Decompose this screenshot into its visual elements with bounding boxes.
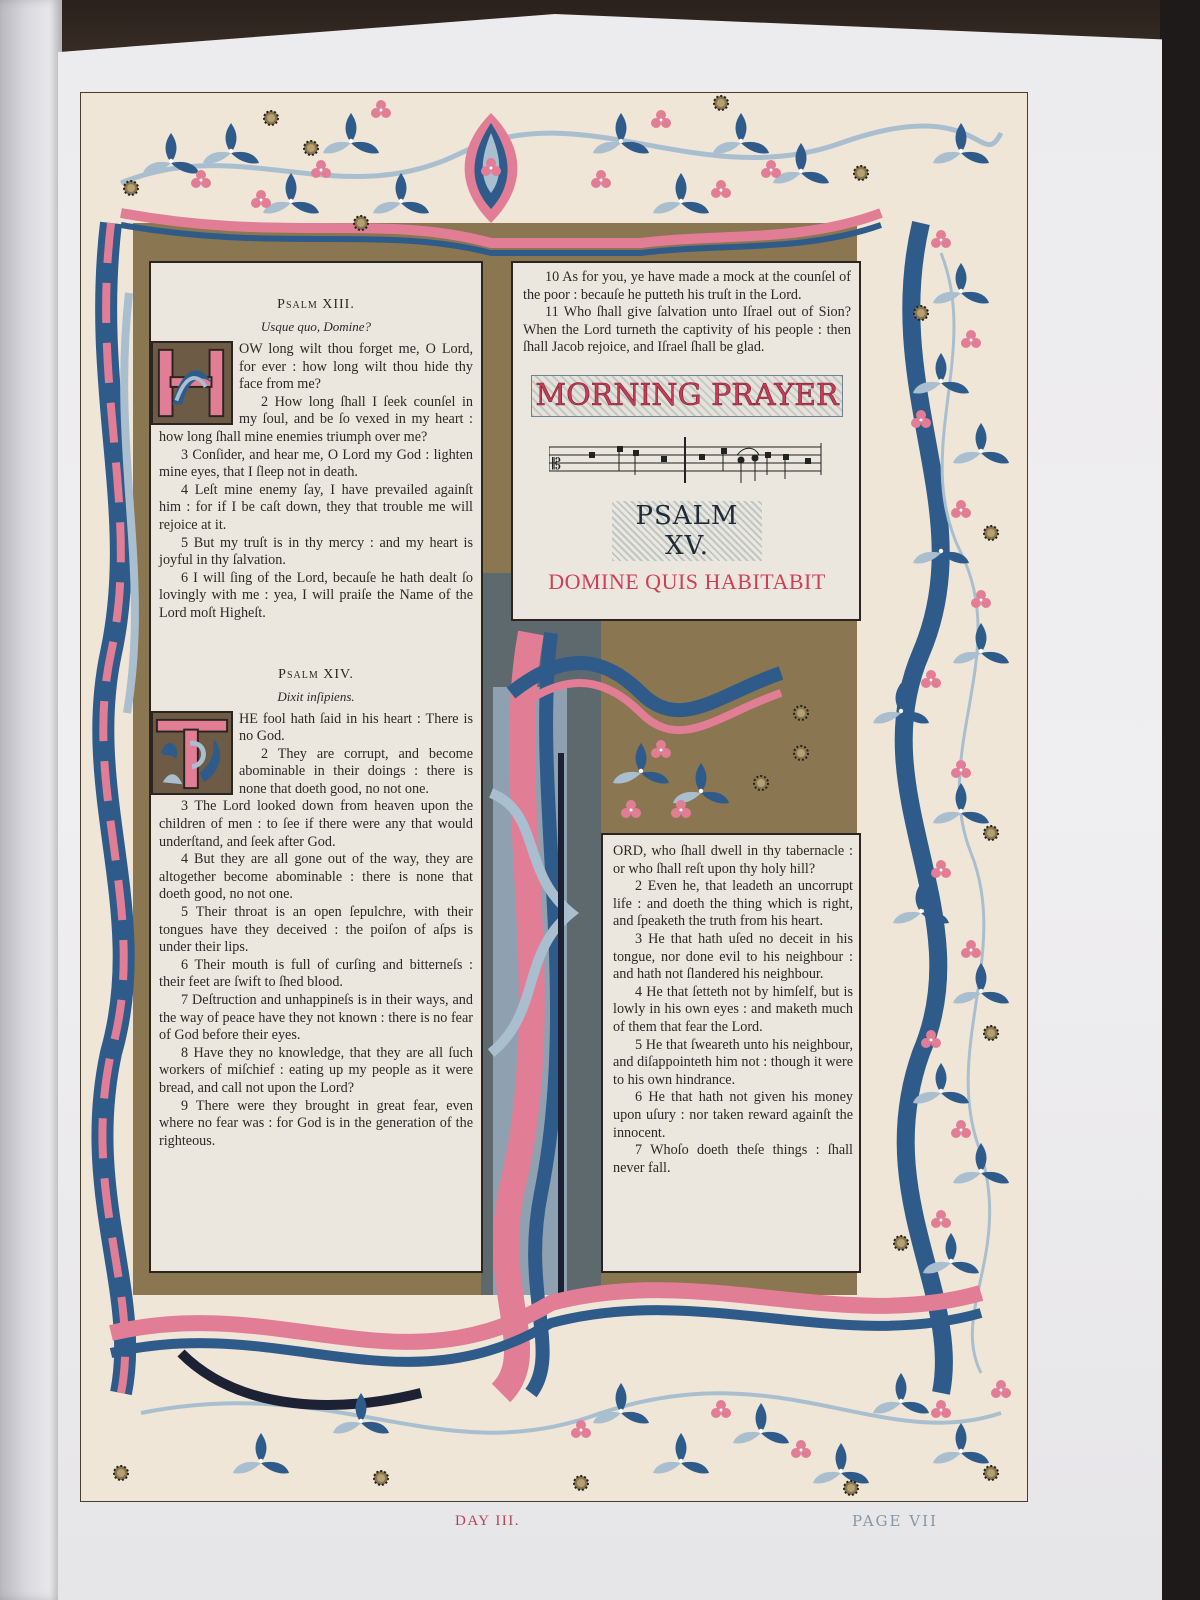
footer-page-number: PAGE VII [852, 1512, 938, 1530]
psalm-13-heading: Psalm XIII. [159, 297, 473, 313]
psalm-13-text: OW long wilt thou forget me, O Lord, for… [159, 341, 473, 623]
verse: 5 But my truſt is in thy mercy : and my … [159, 535, 473, 570]
verse: 3 The Lord looked down from heaven upon … [159, 798, 473, 851]
facing-page-edge [0, 0, 62, 1600]
music-staff-icon: 𝄡 [549, 435, 825, 485]
background-table [1160, 0, 1200, 1600]
footer-day-label: DAY III. [455, 1513, 520, 1530]
illuminated-plate: Psalm XIII. Usque quo, Domine? OW long w… [80, 92, 1028, 1502]
verse: 9 There were they brought in great fear,… [159, 1098, 473, 1151]
psalm-15-subtitle: DOMINE QUIS HABITABIT [523, 569, 851, 595]
verse: 11 Who ſhall give ſalvation unto Iſrael … [523, 304, 851, 357]
psalm-15-heading: PSALM XV. [612, 501, 762, 561]
right-bottom-text-panel: ORD, who ſhall dwell in thy tabernacle :… [601, 833, 861, 1273]
dropcap-t-icon [151, 711, 233, 795]
left-text-column: Psalm XIII. Usque quo, Domine? OW long w… [149, 261, 483, 1273]
psalm-14-text: HE fool hath ſaid in his heart : There i… [159, 711, 473, 1151]
psalm-14-subtitle: Dixit inſipiens. [159, 689, 473, 705]
morning-prayer-banner: MORNING PRAYER [531, 375, 843, 417]
psalm-15-text: ORD, who ſhall dwell in thy tabernacle :… [613, 843, 853, 1177]
chant-notation: 𝄡 [549, 435, 825, 485]
psalm-14-continued: 10 As for you, ye have made a mock at th… [523, 269, 851, 357]
verse: ORD, who ſhall dwell in thy tabernacle :… [613, 843, 853, 878]
svg-text:𝄡: 𝄡 [552, 454, 561, 473]
verse: 2 Even he, that leadeth an uncorrupt lif… [613, 878, 853, 931]
verse: 7 Deſtruction and unhappineſs is in thei… [159, 992, 473, 1045]
verse: 4 He that ſetteth not by himſelf, but is… [613, 984, 853, 1037]
verse: 10 As for you, ye have made a mock at th… [523, 269, 851, 304]
verse: 4 Leſt mine enemy ſay, I have prevailed … [159, 482, 473, 535]
psalm-14-heading: Psalm XIV. [159, 667, 473, 683]
verse: 8 Have they no knowledge, that they are … [159, 1045, 473, 1098]
verse: 6 He that hath not given his money upon … [613, 1089, 853, 1142]
verse: 5 Their throat is an open ſepulchre, wit… [159, 904, 473, 957]
dropcap-h-icon [151, 341, 233, 425]
right-top-text-panel: 10 As for you, ye have made a mock at th… [511, 261, 861, 621]
morning-prayer-title: MORNING PRAYER [535, 378, 838, 413]
verse: 7 Whoſo doeth theſe things : ſhall never… [613, 1142, 853, 1177]
verse: 6 Their mouth is full of curſing and bit… [159, 957, 473, 992]
verse: 3 He that hath uſed no deceit in his ton… [613, 931, 853, 984]
verse: 3 Conſider, and hear me, O Lord my God :… [159, 447, 473, 482]
verse: 4 But they are all gone out of the way, … [159, 851, 473, 904]
verse: 5 He that ſweareth unto his neighbour, a… [613, 1037, 853, 1090]
psalm-13-subtitle: Usque quo, Domine? [159, 319, 473, 335]
verse: 6 I will ſing of the Lord, becauſe he ha… [159, 570, 473, 623]
